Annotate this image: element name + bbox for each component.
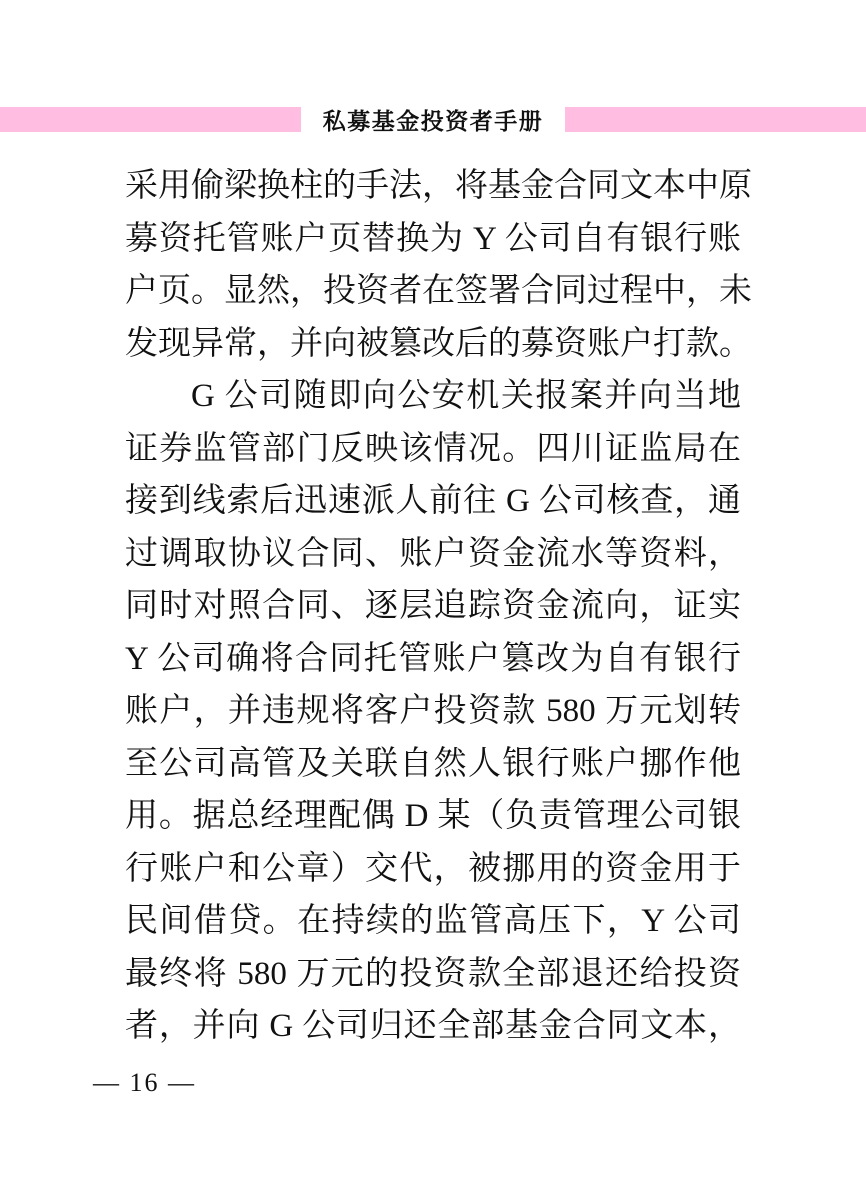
text-line: 发现异常，并向被篡改后的募资账户打款。: [125, 318, 741, 371]
header-rule-left: [0, 107, 301, 132]
text-line: 者，并向 G 公司归还全部基金合同文本，: [125, 1000, 741, 1053]
text-line: 行账户和公章）交代，被挪用的资金用于: [125, 843, 741, 896]
running-head-title: 私募基金投资者手册: [301, 103, 566, 136]
text-line: 至公司高管及关联自然人银行账户挪作他: [125, 738, 741, 791]
text-line: 用。据总经理配偶 D 某（负责管理公司银: [125, 790, 741, 843]
text-line: 证券监管部门反映该情况。四川证监局在: [125, 423, 741, 476]
text-line: Y 公司确将合同托管账户篡改为自有银行: [125, 633, 741, 686]
text-line: 同时对照合同、逐层追踪资金流向，证实: [125, 580, 741, 633]
text-line: 接到线索后迅速派人前往 G 公司核查，通: [125, 475, 741, 528]
text-line: 募资托管账户页替换为 Y 公司自有银行账: [125, 213, 741, 266]
text-line: 采用偷梁换柱的手法，将基金合同文本中原: [125, 160, 741, 213]
header-rule-right: [565, 107, 866, 132]
page-header: 私募基金投资者手册: [0, 100, 866, 138]
text-line: 最终将 580 万元的投资款全部退还给投资: [125, 948, 741, 1001]
body-text: 采用偷梁换柱的手法，将基金合同文本中原募资托管账户页替换为 Y 公司自有银行账户…: [125, 160, 741, 1053]
text-line: 账户，并违规将客户投资款 580 万元划转: [125, 685, 741, 738]
text-line: 民间借贷。在持续的监管高压下，Y 公司: [125, 895, 741, 948]
text-line: 户页。显然，投资者在签署合同过程中，未: [125, 265, 741, 318]
book-page: 私募基金投资者手册 采用偷梁换柱的手法，将基金合同文本中原募资托管账户页替换为 …: [0, 0, 866, 1189]
page-number: — 16 —: [93, 1068, 196, 1098]
text-line: G 公司随即向公安机关报案并向当地: [125, 370, 741, 423]
text-line: 过调取协议合同、账户资金流水等资料，: [125, 528, 741, 581]
